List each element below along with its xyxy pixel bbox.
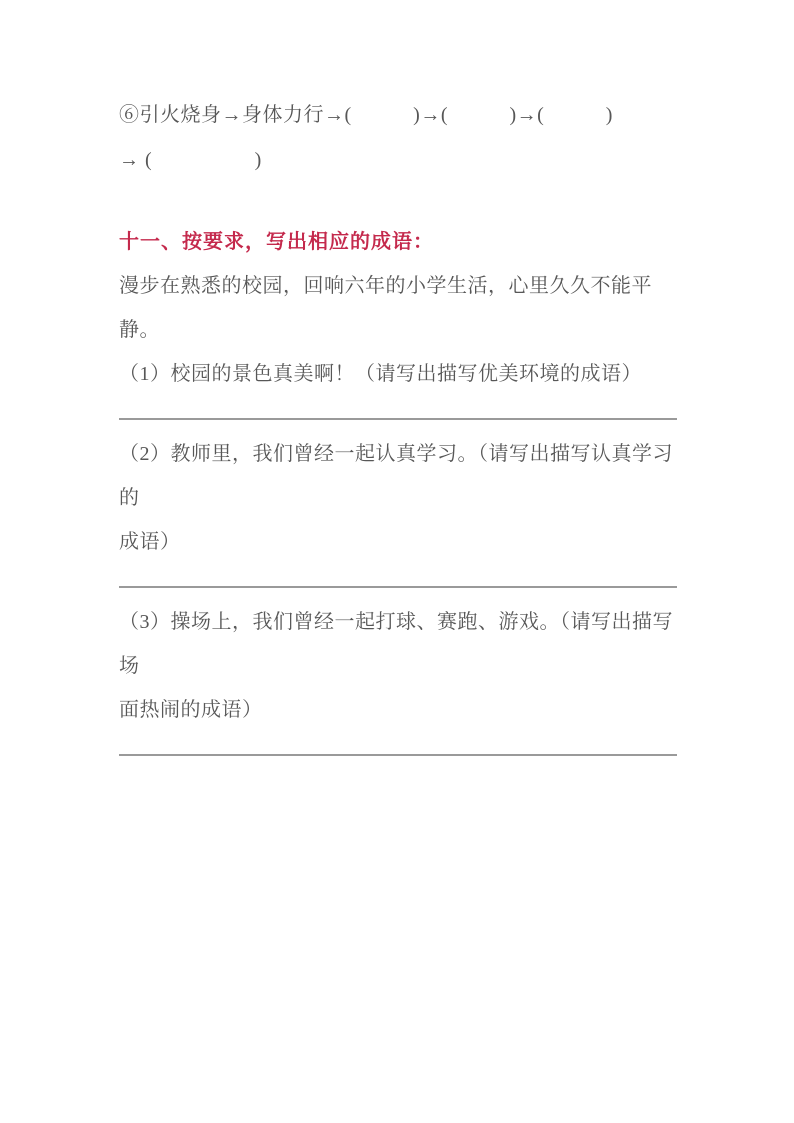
answer-blank-line-2 [119, 586, 677, 588]
sub-question-3-line-2: 面热闹的成语） [119, 688, 677, 732]
sub-question-1-line-1: （1）校园的景色真美啊！（请写出描写优美环境的成语） [119, 352, 677, 396]
page-content: ⑥引火烧身→身体力行→( )→( )→( ) → ( ) 十一、按要求，写出相应… [119, 93, 677, 768]
sub-question-1-text: （1）校园的景色真美啊！（请写出描写优美环境的成语） [119, 352, 677, 396]
sub-question-2: （2）教师里，我们曾经一起认真学习。（请写出描写认真学习的 成语） [119, 432, 677, 588]
question-6-line-2: → ( ) [119, 138, 677, 183]
answer-blank-line-1 [119, 418, 677, 420]
sub-question-3-line-1: （3）操场上，我们曾经一起打球、赛跑、游戏。（请写出描写场 [119, 600, 677, 688]
section-intro-text: 漫步在熟悉的校园，回响六年的小学生活，心里久久不能平静。 [119, 264, 677, 352]
section-11-heading: 十一、按要求，写出相应的成语： [119, 220, 677, 264]
sub-question-2-line-1: （2）教师里，我们曾经一起认真学习。（请写出描写认真学习的 [119, 432, 677, 520]
sub-question-2-text: （2）教师里，我们曾经一起认真学习。（请写出描写认真学习的 成语） [119, 432, 677, 564]
question-6-line-1: ⑥引火烧身→身体力行→( )→( )→( ) [119, 93, 677, 138]
answer-blank-line-3 [119, 754, 677, 756]
sub-question-1: （1）校园的景色真美啊！（请写出描写优美环境的成语） [119, 352, 677, 420]
sub-question-3-text: （3）操场上，我们曾经一起打球、赛跑、游戏。（请写出描写场 面热闹的成语） [119, 600, 677, 732]
sub-question-2-line-2: 成语） [119, 520, 677, 564]
question-6-idiom-chain: ⑥引火烧身→身体力行→( )→( )→( ) → ( ) [119, 93, 677, 183]
worksheet-page: ⑥引火烧身→身体力行→( )→( )→( ) → ( ) 十一、按要求，写出相应… [0, 0, 794, 1123]
sub-question-3: （3）操场上，我们曾经一起打球、赛跑、游戏。（请写出描写场 面热闹的成语） [119, 600, 677, 756]
